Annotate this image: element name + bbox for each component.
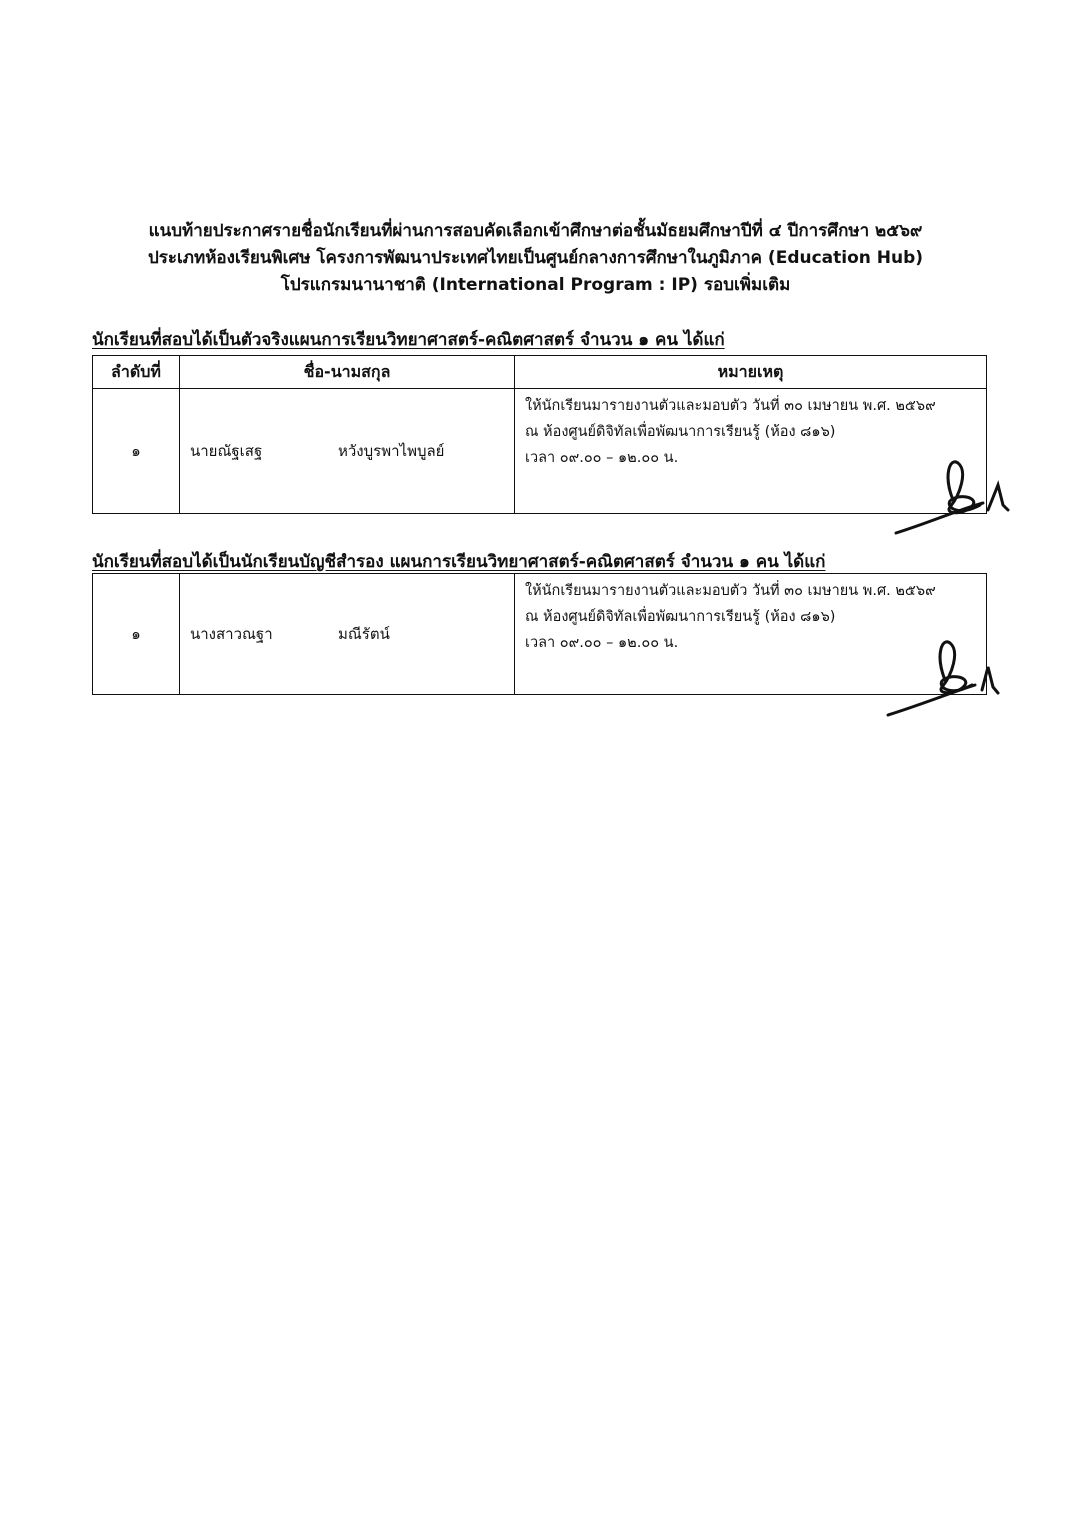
title-line-2: ประเภทห้องเรียนพิเศษ โครงการพัฒนาประเทศไ… bbox=[0, 245, 1071, 272]
note-line-1: ให้นักเรียนมารายงานตัวและมอบตัว วันที่ ๓… bbox=[525, 393, 978, 419]
section-heading-reserve-list: นักเรียนที่สอบได้เป็นนักเรียนบัญชีสำรอง … bbox=[92, 548, 825, 575]
document-title: แนบท้ายประกาศรายชื่อนักเรียนที่ผ่านการสอ… bbox=[0, 218, 1071, 299]
title-line-3: โปรแกรมนานาชาติ (International Program :… bbox=[0, 272, 1071, 299]
first-name: นางสาวณฐา bbox=[190, 622, 338, 646]
row-no: ๑ bbox=[93, 574, 180, 695]
signature-icon bbox=[880, 635, 1005, 720]
header-name: ชื่อ-นามสกุล bbox=[180, 356, 515, 389]
reserve-list-table: ๑ นางสาวณฐา มณีรัตน์ ให้นักเรียนมารายงาน… bbox=[92, 573, 987, 695]
header-no: ลำดับที่ bbox=[93, 356, 180, 389]
section-heading-main-list: นักเรียนที่สอบได้เป็นตัวจริงแผนการเรียนว… bbox=[92, 326, 725, 353]
table-row: ๑ นายณัฐเสฐ หวังบูรพาไพบูลย์ ให้นักเรียน… bbox=[93, 389, 987, 514]
title-line-1: แนบท้ายประกาศรายชื่อนักเรียนที่ผ่านการสอ… bbox=[0, 218, 1071, 245]
note-line-1: ให้นักเรียนมารายงานตัวและมอบตัว วันที่ ๓… bbox=[525, 578, 978, 604]
note-line-2: ณ ห้องศูนย์ดิจิทัลเพื่อพัฒนาการเรียนรู้ … bbox=[525, 419, 978, 445]
row-no: ๑ bbox=[93, 389, 180, 514]
row-name: นางสาวณฐา มณีรัตน์ bbox=[180, 574, 515, 695]
note-line-2: ณ ห้องศูนย์ดิจิทัลเพื่อพัฒนาการเรียนรู้ … bbox=[525, 604, 978, 630]
signature-icon bbox=[888, 455, 1013, 540]
last-name: หวังบูรพาไพบูลย์ bbox=[338, 439, 444, 463]
header-note: หมายเหตุ bbox=[515, 356, 987, 389]
main-list-table: ลำดับที่ ชื่อ-นามสกุล หมายเหตุ ๑ นายณัฐเ… bbox=[92, 355, 987, 514]
last-name: มณีรัตน์ bbox=[338, 622, 390, 646]
table-row: ๑ นางสาวณฐา มณีรัตน์ ให้นักเรียนมารายงาน… bbox=[93, 574, 987, 695]
first-name: นายณัฐเสฐ bbox=[190, 439, 338, 463]
table-header-row: ลำดับที่ ชื่อ-นามสกุล หมายเหตุ bbox=[93, 356, 987, 389]
row-name: นายณัฐเสฐ หวังบูรพาไพบูลย์ bbox=[180, 389, 515, 514]
